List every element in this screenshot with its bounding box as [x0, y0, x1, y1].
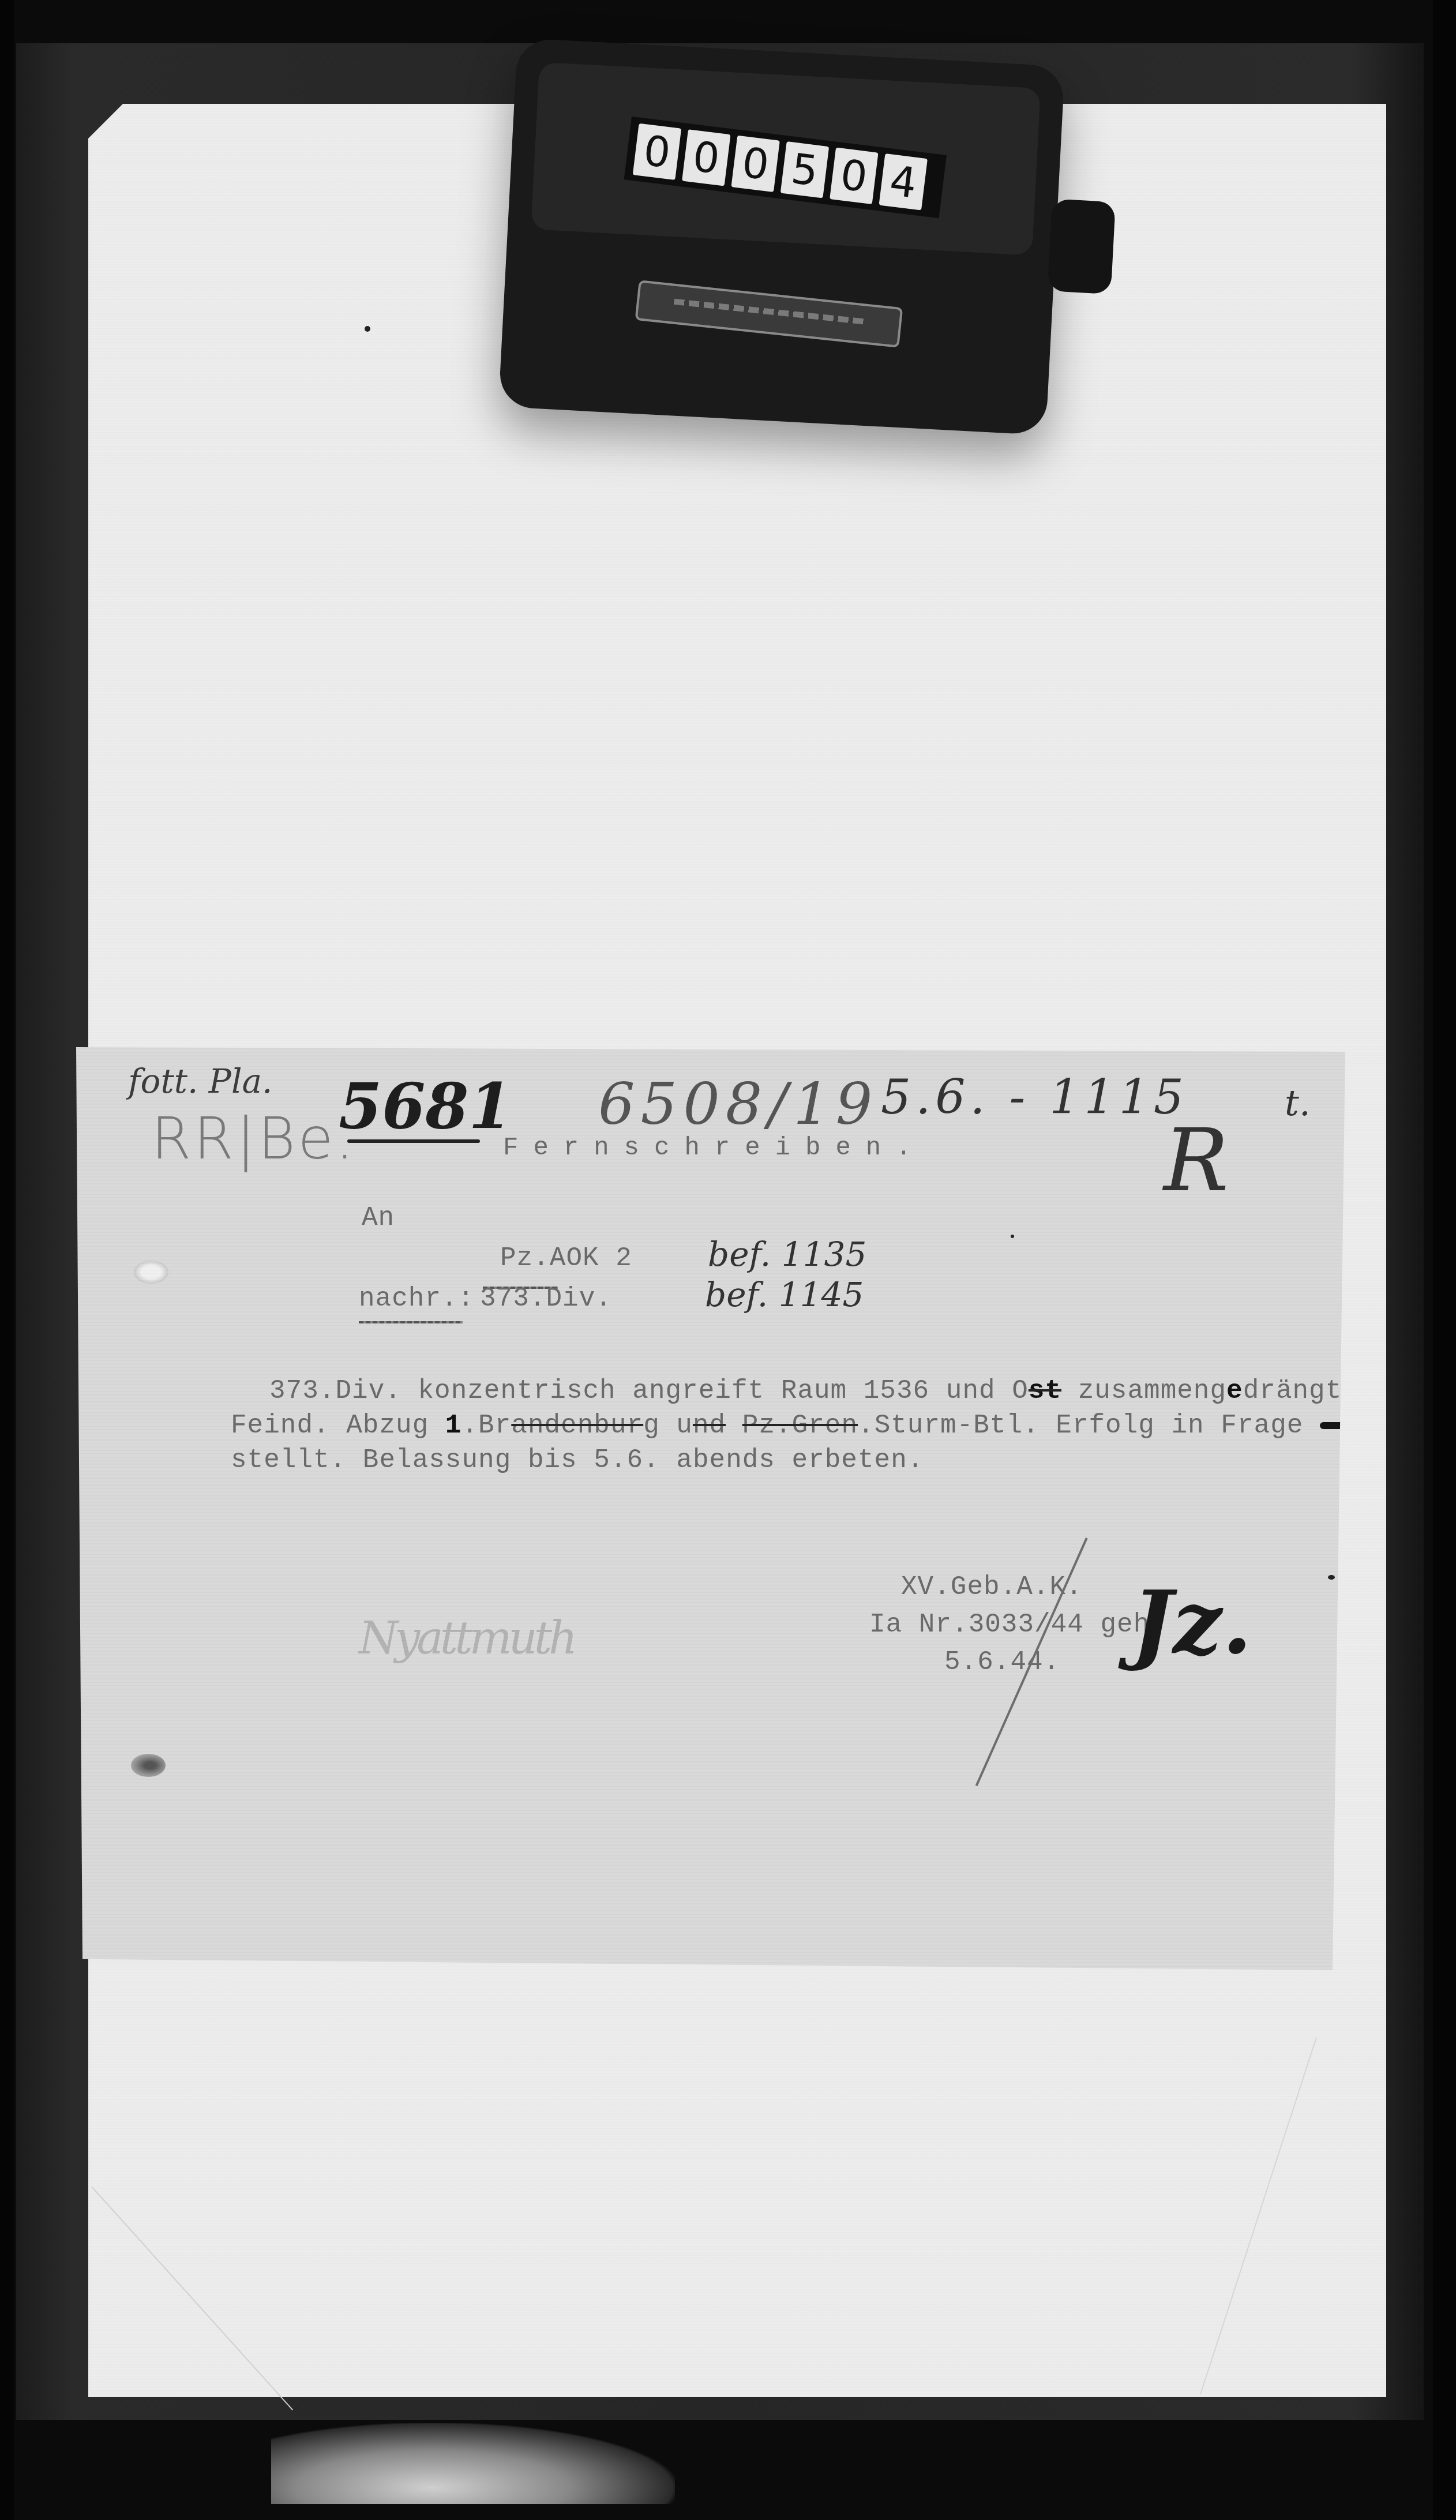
counter-digit: 4 — [879, 153, 928, 210]
body-text: .Br — [461, 1411, 511, 1441]
stray-dot — [365, 326, 370, 332]
counter-reset-knob — [1048, 198, 1116, 294]
body-text: .Sturm-Btl. Erfolg in Frage — [858, 1411, 1303, 1441]
telex-document: fott. Pla. RR|Be. 5681 6508/19 5.6. - 11… — [76, 1047, 1345, 1970]
body-text: g u — [643, 1411, 693, 1441]
film-edge-right — [1433, 0, 1456, 2520]
struck-text: andenbur — [511, 1411, 643, 1441]
counter-digit: 5 — [780, 141, 829, 198]
sender-date: 5.6.44. — [944, 1647, 1060, 1677]
body-line-2: Feind. Abzug 1.Brandenburg und Pz.Gren.S… — [231, 1411, 1360, 1441]
recipient-label: An — [362, 1203, 395, 1233]
overtyped-char: e — [1226, 1376, 1243, 1406]
overtyped-char: 1 — [445, 1411, 462, 1441]
stray-dot — [1011, 1235, 1014, 1238]
counter-digit: 0 — [633, 123, 681, 180]
counter-nameplate — [635, 280, 903, 348]
body-text — [726, 1411, 742, 1441]
recipient-received-note: bef. 1135 — [708, 1235, 866, 1274]
recipient: Pz.AOK 2 — [500, 1243, 632, 1273]
nameplate-engraving — [674, 299, 864, 324]
scanner-artifact — [271, 2423, 675, 2504]
body-line-3: stellt. Belassung bis 5.6. abends erbete… — [231, 1445, 924, 1475]
body-line-1: 373.Div. konzentrisch angreift Raum 1536… — [269, 1376, 1424, 1406]
sender-unit: XV.Geb.A.K. — [901, 1572, 1083, 1602]
journal-number: 6508/19 — [598, 1070, 878, 1138]
info-label-underline — [359, 1321, 463, 1323]
body-text: Feind. Abzug — [231, 1411, 445, 1441]
info-recipient: 373.Div. — [480, 1284, 612, 1314]
punch-hole — [131, 1754, 166, 1777]
message-number-underline — [347, 1139, 480, 1143]
body-text: zusammeng — [1061, 1376, 1226, 1406]
paraph-initials: Jz. — [1132, 1572, 1252, 1674]
document-title: Fernschreiben. — [503, 1134, 926, 1162]
mark-t: t. — [1285, 1082, 1311, 1124]
date-time-received: 5.6. - 1115 — [881, 1070, 1188, 1125]
stray-dot — [1328, 1575, 1335, 1580]
registry-mark: RR|Be. — [151, 1105, 356, 1172]
counter-digit: 0 — [731, 136, 779, 192]
faded-signature: Nyattmuth — [359, 1612, 574, 1664]
body-text: 373.Div. konzentrisch angreift Raum 1536… — [269, 1376, 1029, 1406]
struck-text: Pz.Gren — [742, 1411, 858, 1441]
film-edge-left — [0, 0, 14, 2520]
struck-text: nd — [693, 1411, 726, 1441]
info-label: nachr.: — [359, 1284, 474, 1314]
sender-reference: Ia Nr.3033/44 geh. — [869, 1610, 1166, 1640]
frame-counter-device: 0 0 0 5 0 4 — [498, 38, 1065, 436]
punch-hole — [134, 1261, 168, 1284]
counter-digit: 0 — [682, 129, 730, 186]
initial-r: R — [1164, 1111, 1229, 1211]
message-number: 5681 — [339, 1070, 512, 1143]
counter-digit: 0 — [830, 148, 878, 204]
handwritten-note-top-left: fott. Pla. — [128, 1062, 272, 1101]
struck-text: st — [1029, 1376, 1061, 1406]
info-received-note: bef. 1145 — [705, 1275, 864, 1314]
